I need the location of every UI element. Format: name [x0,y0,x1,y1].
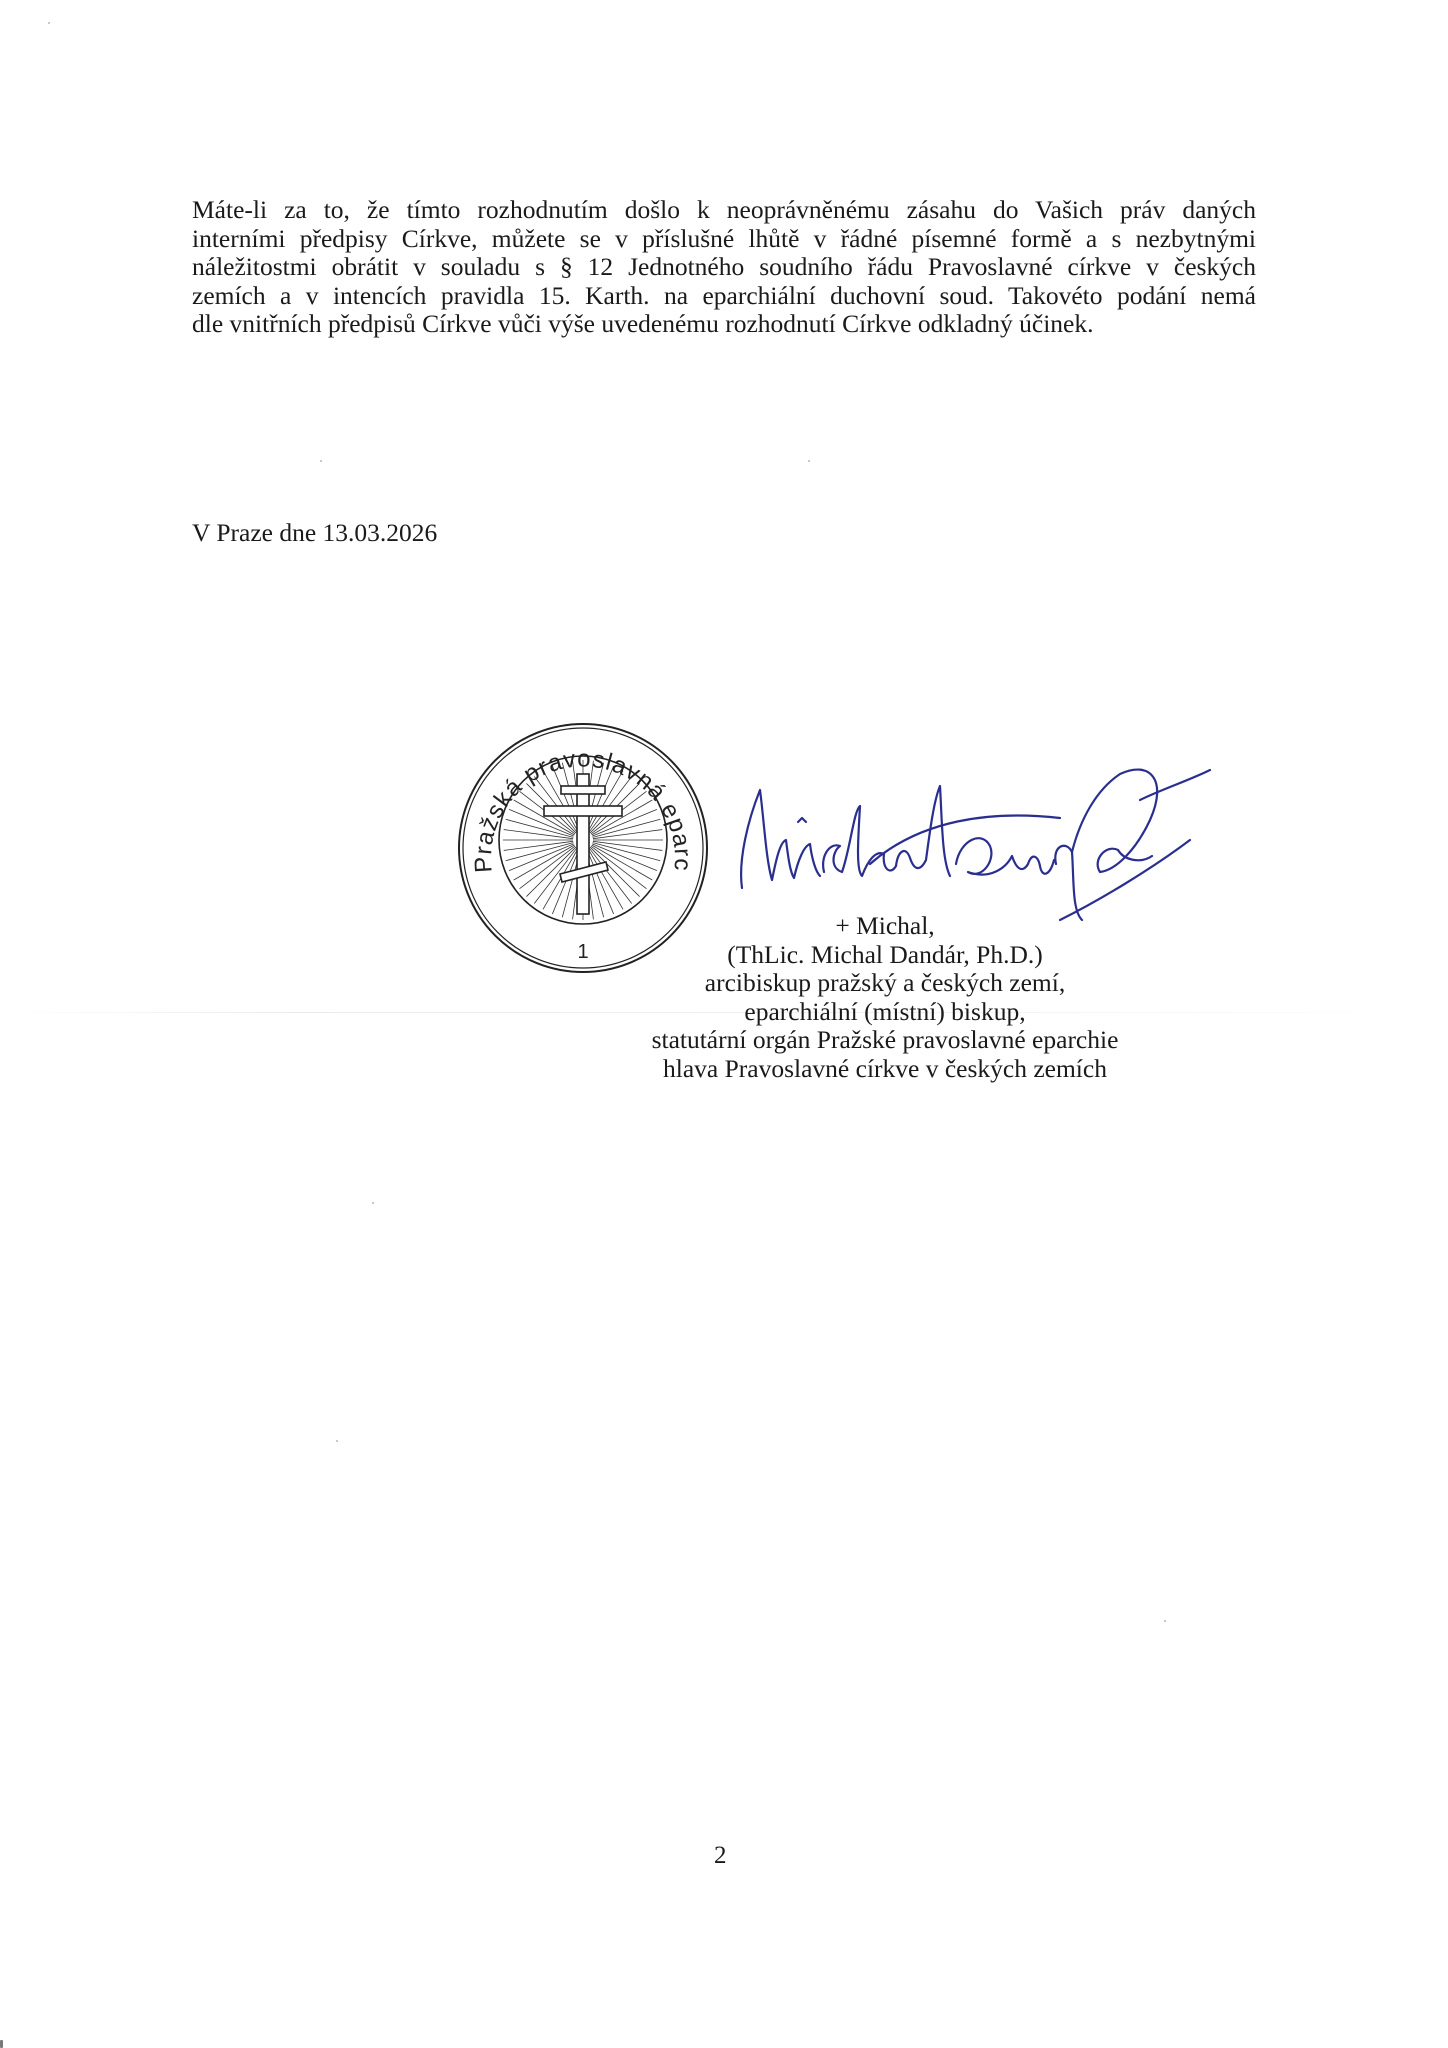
scan-speck [808,460,810,462]
signatory-full-name: (ThLic. Michal Dandár, Ph.D.) [580,941,1190,970]
scan-speck [372,1202,374,1204]
paragraph-line: dle vnitřních předpisů Církve vůči výše … [192,310,1256,339]
handwritten-signature [720,760,1220,930]
signatory-title: arcibiskup pražský a českých zemí, [580,969,1190,998]
scan-speck [1164,1620,1166,1622]
signatory-name-short: + Michal, [580,912,1190,941]
page-number: 2 [714,1842,727,1870]
paragraph-line: zemích a v intencích pravidla 15. Karth.… [192,282,1256,311]
signatory-statutory: statutární orgán Pražské pravoslavné epa… [580,1026,1190,1055]
signatory-block: + Michal, (ThLic. Michal Dandár, Ph.D.) … [580,912,1190,1084]
scan-speck [0,2040,3,2048]
paragraph-line: interními předpisy Církve, můžete se v p… [192,225,1256,254]
scan-speck [320,460,322,462]
scan-speck [336,1440,338,1442]
appeal-paragraph: Máte-li za to, že tímto rozhodnutím došl… [192,196,1256,339]
svg-text:Pražská pravoslavná eparchie v: Pražská pravoslavná eparchie v Praze [452,722,696,873]
scan-artifact-line [0,1012,1448,1013]
stamp-ring-text: Pražská pravoslavná eparchie v Praze [452,722,696,873]
scan-speck [48,22,50,24]
signatory-head: hlava Pravoslavné církve v českých zemíc… [580,1055,1190,1084]
orthodox-cross-icon [544,774,622,914]
date-line: V Praze dne 13.03.2026 [192,518,437,548]
paragraph-line: náležitostmi obrátit v souladu s § 12 Je… [192,253,1256,282]
paragraph-line: Máte-li za to, že tímto rozhodnutím došl… [192,196,1256,225]
